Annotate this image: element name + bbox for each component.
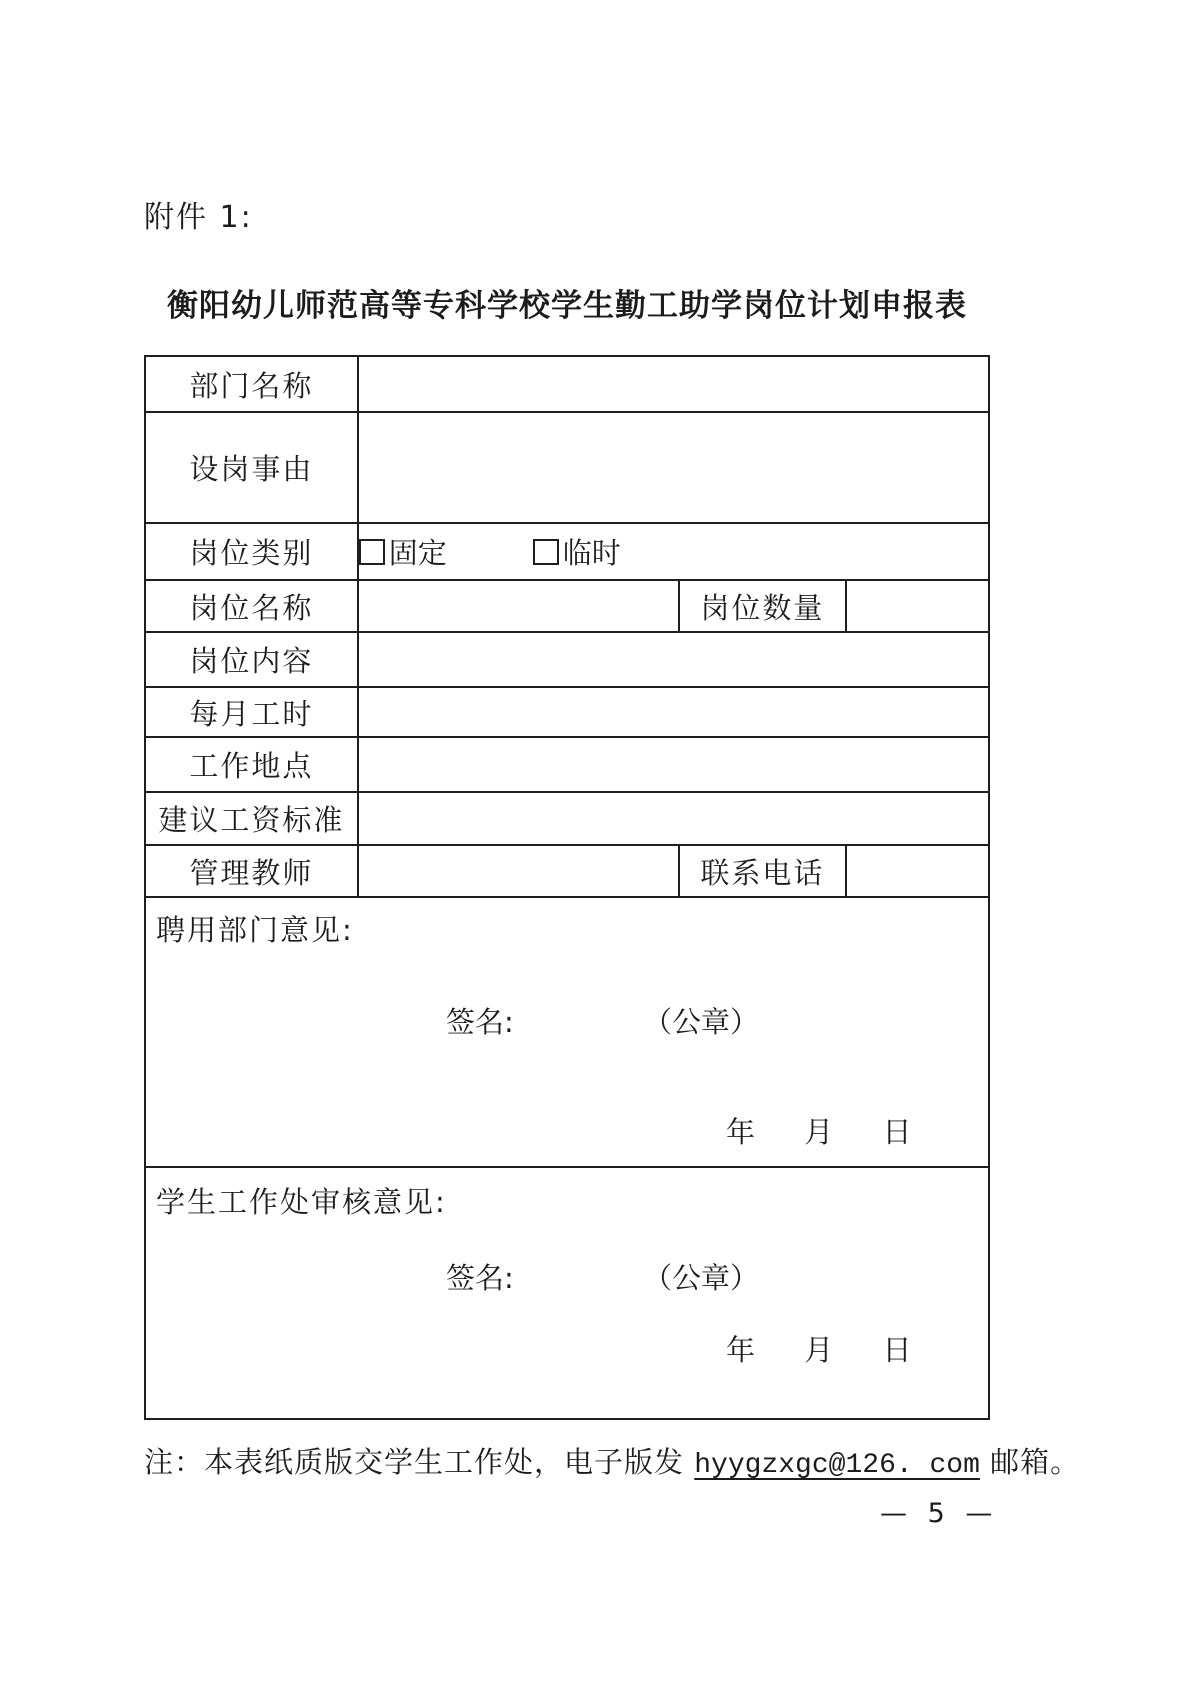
category-option-fixed-label: 固定: [389, 531, 447, 572]
footnote: 注：本表纸质版交学生工作处，电子版发 hyygzxgc@126. com 邮箱。: [144, 1440, 990, 1481]
page-title: 衡阳幼儿师范高等专科学校学生勤工助学岗位计划申报表: [144, 280, 990, 325]
monthly-hours-value-cell: [358, 687, 989, 737]
date-day-label: 日: [882, 1333, 911, 1367]
position-content-row: 岗位内容: [145, 632, 989, 687]
category-option-fixed: 固定: [359, 531, 447, 572]
reason-label: 设岗事由: [145, 412, 358, 523]
hiring-department-opinion-row: 聘用部门意见: 签名: （公章） 年 月 日: [145, 897, 989, 1167]
category-label: 岗位类别: [145, 523, 358, 580]
date-month-label: 月: [804, 1333, 833, 1367]
signature-line: 签名: （公章）: [446, 1000, 759, 1041]
category-row: 岗位类别 固定 临时: [145, 523, 989, 580]
department-label: 部门名称: [145, 356, 358, 412]
footnote-suffix: 邮箱。: [980, 1445, 1080, 1479]
contact-phone-label: 联系电话: [679, 845, 845, 897]
position-name-label: 岗位名称: [145, 580, 358, 632]
position-quantity-value-cell: [846, 580, 989, 632]
attachment-label: 附件 1:: [144, 192, 990, 236]
category-option-temporary-label: 临时: [563, 531, 621, 572]
date-month-label: 月: [804, 1115, 833, 1149]
reason-row: 设岗事由: [145, 412, 989, 523]
work-location-value-cell: [358, 737, 989, 792]
signature-label: 签名:: [446, 1005, 514, 1039]
date-day-label: 日: [882, 1115, 911, 1149]
student-office-review-title: 学生工作处审核意见:: [156, 1180, 447, 1221]
page-number: — 5 —: [880, 1498, 998, 1529]
official-seal-label: （公章）: [643, 1261, 759, 1295]
position-quantity-label: 岗位数量: [679, 580, 845, 632]
category-option-temporary: 临时: [533, 531, 621, 572]
student-office-review-row: 学生工作处审核意见: 签名: （公章） 年 月 日: [145, 1167, 989, 1419]
official-seal-label: （公章）: [643, 1005, 759, 1039]
category-options: 固定 临时: [359, 531, 988, 572]
hiring-department-opinion-title: 聘用部门意见:: [156, 908, 354, 949]
hiring-department-opinion-cell: 聘用部门意见: 签名: （公章） 年 月 日: [145, 897, 989, 1167]
date-year-label: 年: [726, 1115, 755, 1149]
date-year-label: 年: [726, 1333, 755, 1367]
application-form-table: 部门名称 设岗事由 岗位类别 固定 临时: [144, 355, 990, 1420]
monthly-hours-label: 每月工时: [145, 687, 358, 737]
position-name-value-cell: [358, 580, 680, 632]
footnote-prefix: 注：本表纸质版交学生工作处，电子版发: [144, 1445, 694, 1479]
work-location-row: 工作地点: [145, 737, 989, 792]
managing-teacher-value-cell: [358, 845, 680, 897]
contact-phone-value-cell: [846, 845, 989, 897]
managing-teacher-row: 管理教师 联系电话: [145, 845, 989, 897]
category-options-cell: 固定 临时: [358, 523, 989, 580]
salary-standard-label: 建议工资标准: [145, 792, 358, 845]
position-content-value-cell: [358, 632, 989, 687]
position-content-label: 岗位内容: [145, 632, 358, 687]
signature-label: 签名:: [446, 1261, 514, 1295]
work-location-label: 工作地点: [145, 737, 358, 792]
salary-standard-value-cell: [358, 792, 989, 845]
checkbox-icon: [359, 539, 385, 565]
student-office-review-cell: 学生工作处审核意见: 签名: （公章） 年 月 日: [145, 1167, 989, 1419]
managing-teacher-label: 管理教师: [145, 845, 358, 897]
department-value-cell: [358, 356, 989, 412]
salary-standard-row: 建议工资标准: [145, 792, 989, 845]
date-line: 年 月 日: [726, 1328, 911, 1369]
department-row: 部门名称: [145, 356, 989, 412]
document-page: 附件 1: 衡阳幼儿师范高等专科学校学生勤工助学岗位计划申报表 部门名称 设岗事…: [144, 192, 990, 1481]
reason-value-cell: [358, 412, 989, 523]
position-name-row: 岗位名称 岗位数量: [145, 580, 989, 632]
date-line: 年 月 日: [726, 1110, 911, 1151]
checkbox-icon: [533, 539, 559, 565]
monthly-hours-row: 每月工时: [145, 687, 989, 737]
email-address: hyygzxgc@126. com: [694, 1450, 980, 1481]
signature-line: 签名: （公章）: [446, 1256, 759, 1297]
